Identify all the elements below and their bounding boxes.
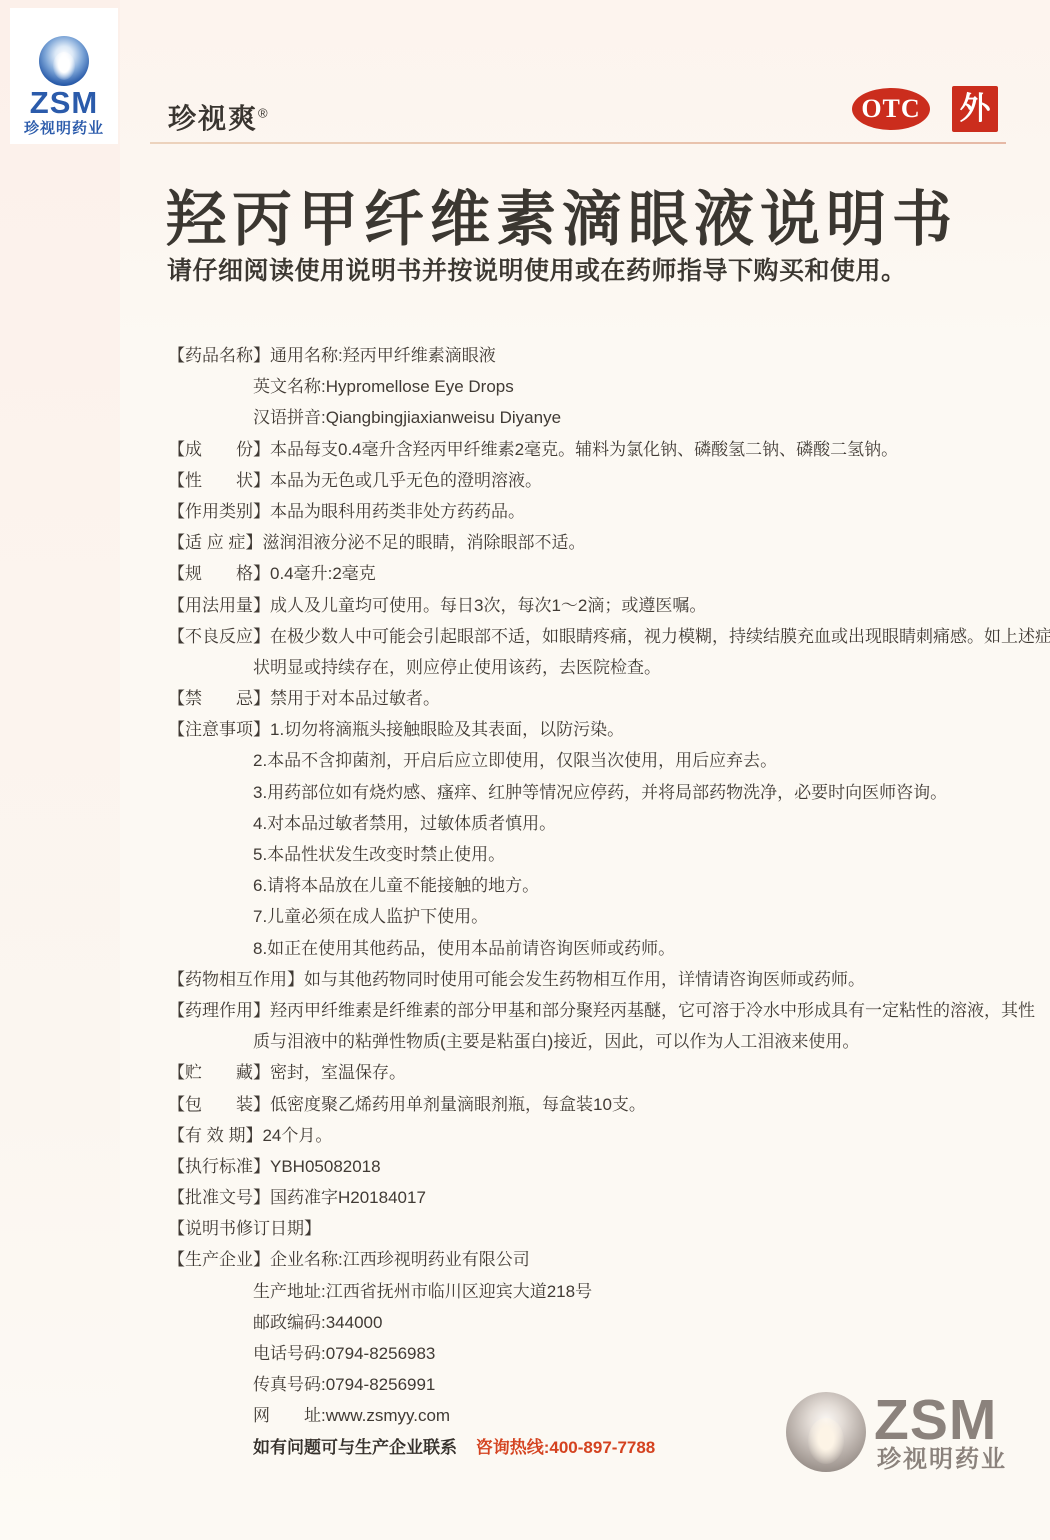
leaflet-line: 【适 应 症】滋润泪液分泌不足的眼睛，消除眼部不适。 (168, 527, 1040, 558)
leaflet-line: 4.对本品过敏者禁用，过敏体质者慎用。 (168, 808, 1040, 839)
leaflet-line: 电话号码:0794-8256983 (168, 1338, 1040, 1369)
leaflet-line: 【生产企业】企业名称:江西珍视明药业有限公司 (168, 1244, 1040, 1275)
leaflet-page: ZSM 珍视明药业 珍视爽® OTC 外 羟丙甲纤维素滴眼液说明书 请仔细阅读使… (0, 0, 1050, 1540)
leaflet-line: 【禁 忌】禁用于对本品过敏者。 (168, 683, 1040, 714)
zsm-company-name: 珍视明药业 (10, 120, 118, 138)
leaflet-line: 【用法用量】成人及儿童均可使用。每日3次，每次1～2滴；或遵医嘱。 (168, 590, 1040, 621)
leaflet-line: 【药品名称】通用名称:羟丙甲纤维素滴眼液 (168, 340, 1040, 371)
top-left-logo-box: ZSM 珍视明药业 (10, 8, 118, 144)
leaflet-line: 【执行标准】YBH05082018 (168, 1151, 1040, 1182)
leaflet-line: 质与泪液中的粘弹性物质(主要是粘蛋白)接近，因此，可以作为人工泪液来使用。 (168, 1026, 1040, 1057)
leaflet-body: 【药品名称】通用名称:羟丙甲纤维素滴眼液英文名称:Hypromellose Ey… (168, 340, 1040, 1432)
leaflet-line: 【批准文号】国药准字H20184017 (168, 1182, 1040, 1213)
leaflet-line: 【药理作用】羟丙甲纤维素是纤维素的部分甲基和部分聚羟丙基醚，它可溶于冷水中形成具… (168, 995, 1040, 1026)
leaflet-line: 【不良反应】在极少数人中可能会引起眼部不适，如眼睛疼痛，视力模糊，持续结膜充血或… (168, 621, 1040, 652)
leaflet-line: 英文名称:Hypromellose Eye Drops (168, 371, 1040, 402)
leaflet-line: 【说明书修订日期】 (168, 1213, 1040, 1244)
leaflet-line: 【成 份】本品每支0.4毫升含羟丙甲纤维素2毫克。辅料为氯化钠、磷酸氢二钠、磷酸… (168, 434, 1040, 465)
registered-mark: ® (258, 106, 268, 121)
leaflet-line: 3.用药部位如有烧灼感、瘙痒、红肿等情况应停药，并将局部药物洗净，必要时向医师咨… (168, 777, 1040, 808)
zsm-logo-text: ZSM (10, 88, 118, 118)
leaflet-line: 【有 效 期】24个月。 (168, 1120, 1040, 1151)
leaflet-line: 邮政编码:344000 (168, 1307, 1040, 1338)
leaflet-line: 8.如正在使用其他药品，使用本品前请咨询医师或药师。 (168, 933, 1040, 964)
leaflet-line: 生产地址:江西省抚州市临川区迎宾大道218号 (168, 1276, 1040, 1307)
top-background-tint (0, 0, 1050, 340)
page-subtitle: 请仔细阅读使用说明书并按说明使用或在药师指导下购买和使用。 (167, 251, 907, 287)
leaflet-line: 状明显或持续存在，则应停止使用该药，去医院检查。 (168, 652, 1040, 683)
leaflet-line: 汉语拼音:Qiangbingjiaxianweisu Diyanye (168, 402, 1040, 433)
leaflet-line: 6.请将本品放在儿童不能接触的地方。 (168, 870, 1040, 901)
leaflet-line: 【注意事项】1.切勿将滴瓶头接触眼睑及其表面，以防污染。 (168, 714, 1040, 745)
brand-text: 珍视爽 (168, 103, 258, 134)
zsm-sphere-icon-bottom (786, 1392, 866, 1472)
footer-contact-row: 如有问题可与生产企业联系 咨询热线:400-897-7788 (253, 1432, 655, 1463)
zsm-sphere-icon (39, 36, 89, 86)
leaflet-line: 【贮 藏】密封，室温保存。 (168, 1057, 1040, 1088)
leaflet-line: 【规 格】0.4毫升:2毫克 (168, 558, 1040, 589)
leaflet-line: 【药物相互作用】如与其他药物同时使用可能会发生药物相互作用，详情请咨询医师或药师… (168, 964, 1040, 995)
left-margin-strip (0, 0, 120, 1540)
header-divider (150, 142, 1006, 144)
hotline-number: 咨询热线:400-897-7788 (476, 1438, 656, 1457)
brand-name: 珍视爽® (168, 97, 268, 137)
contact-note: 如有问题可与生产企业联系 (253, 1438, 457, 1457)
leaflet-line: 7.儿童必须在成人监护下使用。 (168, 901, 1040, 932)
leaflet-line: 5.本品性状发生改变时禁止使用。 (168, 839, 1040, 870)
page-title: 羟丙甲纤维素滴眼液说明书 (166, 172, 958, 258)
leaflet-line: 【作用类别】本品为眼科用药类非处方药药品。 (168, 496, 1040, 527)
leaflet-line: 【包 装】低密度聚乙烯药用单剂量滴眼剂瓶，每盒装10支。 (168, 1089, 1040, 1120)
leaflet-line: 【性 状】本品为无色或几乎无色的澄明溶液。 (168, 465, 1040, 496)
zsm-logo-text-bottom: ZSM (874, 1392, 997, 1449)
otc-badge: OTC (852, 88, 930, 130)
leaflet-line: 2.本品不含抑菌剂，开启后应立即使用，仅限当次使用，用后应弃去。 (168, 745, 1040, 776)
external-use-badge: 外 (952, 86, 998, 132)
zsm-company-name-bottom: 珍视明药业 (877, 1447, 1007, 1473)
